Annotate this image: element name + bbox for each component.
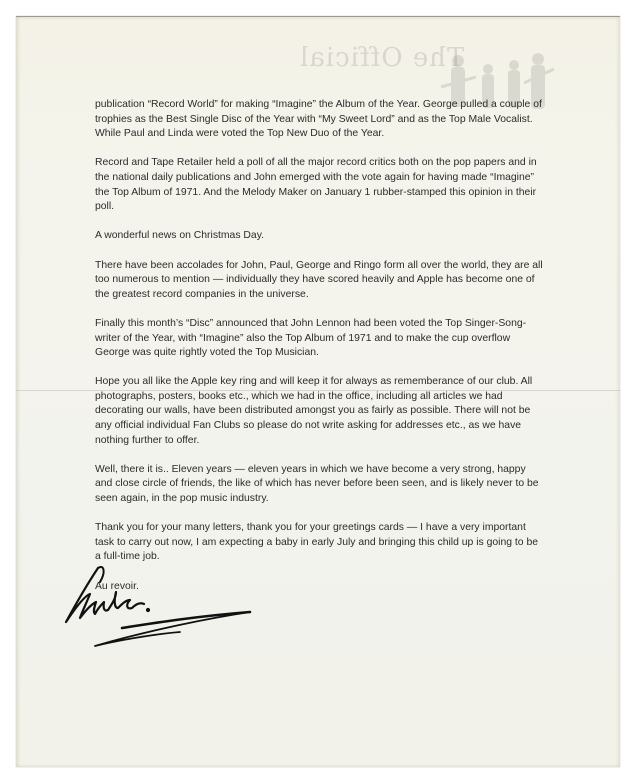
paragraph-thank-you: Thank you for your many letters, thank y… xyxy=(95,521,545,565)
paragraph-apple-key-ring: Hope you all like the Apple key ring and… xyxy=(95,375,545,448)
paragraph-disc-announcement: Finally this month’s “Disc” announced th… xyxy=(95,317,545,361)
paragraph-christmas-day: A wonderful news on Christmas Day. xyxy=(95,229,545,244)
letter-body: publication “Record World” for making “I… xyxy=(95,98,545,609)
handwritten-signature xyxy=(60,560,260,660)
paragraph-eleven-years: Well, there it is.. Eleven years — eleve… xyxy=(95,463,545,507)
paragraph-record-tape-retailer: Record and Tape Retailer held a poll of … xyxy=(95,156,545,214)
paragraph-accolades: There have been accolades for John, Paul… xyxy=(95,259,545,303)
paragraph-record-world: publication “Record World” for making “I… xyxy=(95,98,545,142)
